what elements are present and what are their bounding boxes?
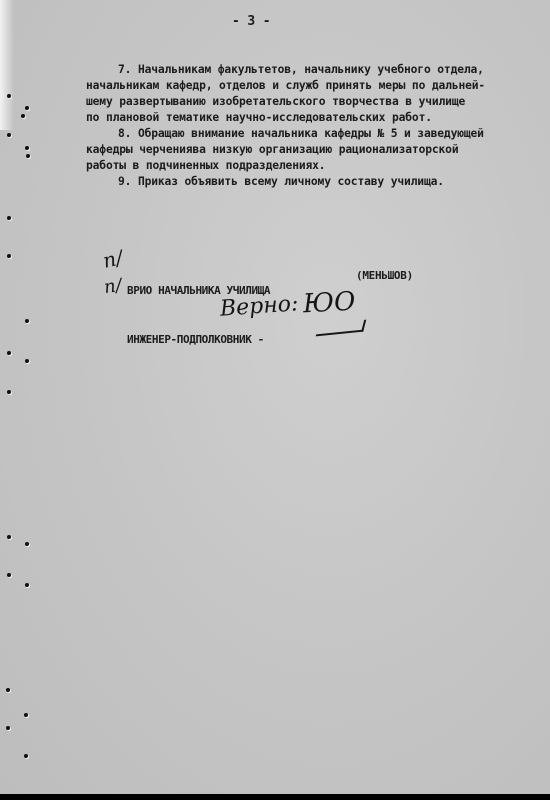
signatory-name: (МЕНЬШОВ) — [356, 268, 413, 284]
handwritten-initials-second: п/ — [103, 275, 123, 298]
punch-hole — [24, 754, 28, 758]
signature-title-line-2: ИНЖЕНЕР-ПОДПОЛКОВНИК - — [127, 332, 270, 349]
punch-hole — [7, 216, 11, 220]
document-page: - 3 - 7. Начальникам факультетов, началь… — [0, 0, 550, 794]
punch-hole — [7, 535, 11, 539]
punch-hole — [6, 688, 10, 692]
punch-hole — [25, 359, 29, 363]
punch-hole — [26, 154, 30, 158]
punch-hole — [21, 114, 25, 118]
punch-hole — [7, 254, 11, 258]
punch-hole — [25, 542, 29, 546]
document-body: 7. Начальникам факультетов, начальнику у… — [86, 62, 485, 190]
punch-hole — [25, 106, 29, 110]
handwritten-signature: ЮО — [302, 287, 356, 320]
handwritten-initials: п/ — [101, 245, 125, 273]
body-text-line: 9. Приказ объявить всему личному составу… — [86, 174, 485, 190]
body-text-line: по плановой тематике научно-исследовател… — [86, 110, 485, 126]
punch-hole — [7, 351, 11, 355]
punch-hole — [6, 726, 10, 730]
punch-hole — [7, 573, 11, 577]
punch-hole — [24, 713, 28, 717]
punch-hole — [25, 146, 29, 150]
body-text-line: начальникам кафедр, отделов и служб прин… — [86, 78, 485, 94]
punch-hole — [7, 94, 11, 98]
body-text-line: 8. Обращаю внимание начальника кафедры №… — [86, 126, 485, 142]
punch-hole — [7, 390, 11, 394]
punch-hole — [7, 133, 11, 137]
page-number: - 3 - — [232, 14, 270, 30]
signature-flourish — [316, 320, 367, 337]
punch-hole — [25, 319, 29, 323]
body-text-line: работы в подчиненных подразделениях. — [86, 158, 485, 174]
body-text-line: шему развертыванию изобретательского тво… — [86, 94, 485, 110]
punch-hole — [25, 583, 29, 587]
certification-note: Верно: — [219, 291, 299, 321]
body-text-line: кафедры черчениява низкую организацию ра… — [86, 142, 485, 158]
body-text-line: 7. Начальникам факультетов, начальнику у… — [86, 62, 485, 78]
